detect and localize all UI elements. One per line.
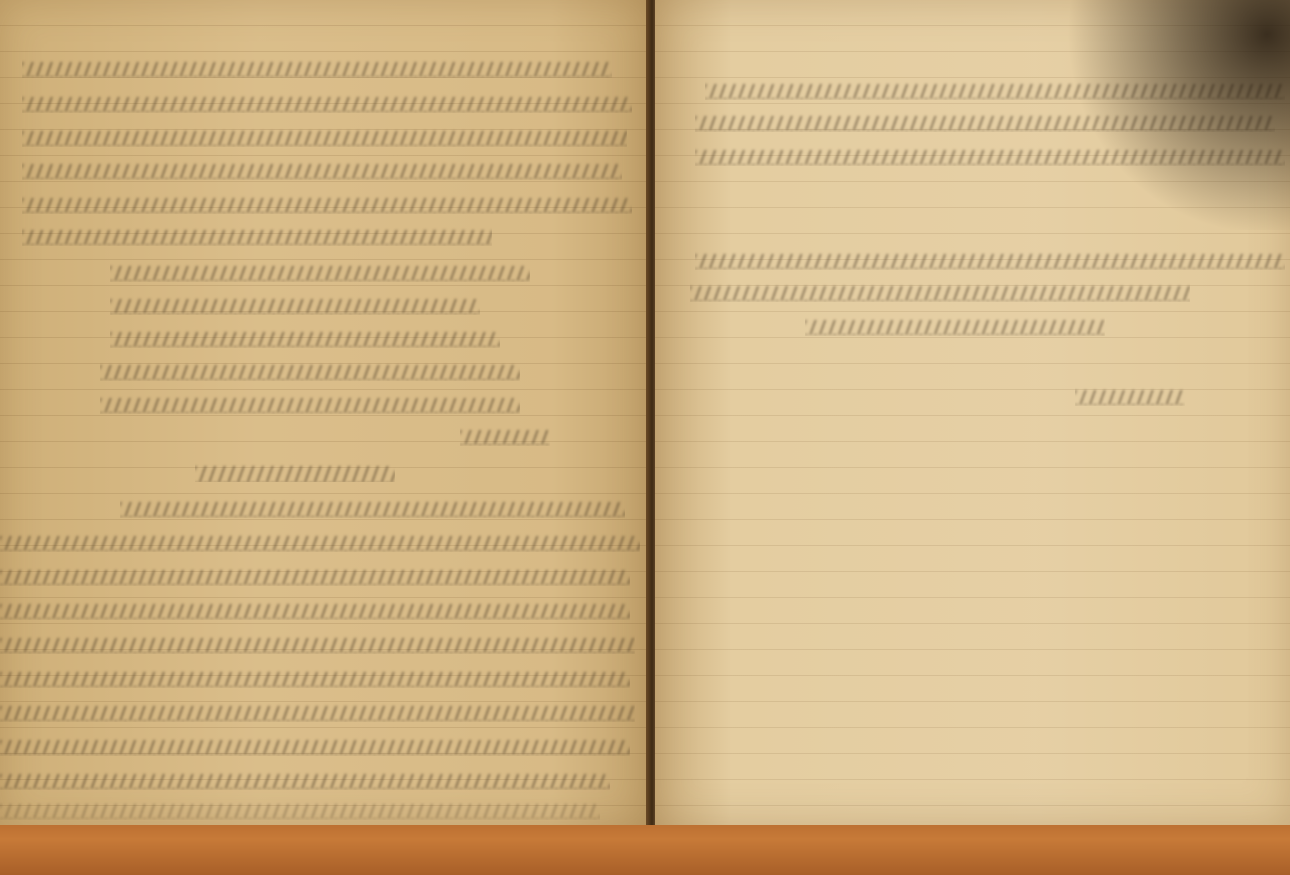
verse-line: [illegible handwriting]: [100, 394, 520, 414]
left-prose-line: [illegible handwriting]: [0, 600, 630, 620]
handwriting-stroke: [100, 398, 520, 413]
handwriting-stroke: [0, 706, 635, 721]
left-prose-line: [illegible handwriting]: [22, 226, 492, 246]
right-prose-line: [illegible handwriting]: [695, 112, 1275, 132]
handwriting-stroke: [100, 365, 520, 380]
signature: [illegible signature]: [1075, 386, 1185, 406]
left-prose-line: [illegible handwriting]: [22, 93, 632, 113]
handwriting-stroke: [0, 740, 630, 755]
handwriting-stroke: [460, 430, 550, 445]
handwriting-stroke: [110, 266, 530, 281]
handwriting-stroke: [705, 84, 1285, 99]
handwriting-stroke: [0, 536, 640, 551]
handwriting-stroke: [22, 164, 622, 179]
left-prose-line: [illegible handwriting]: [0, 668, 630, 688]
verse-line: [illegible handwriting]: [110, 262, 530, 282]
quote-line: [illegible handwriting]: [805, 316, 1105, 336]
right-prose-line: [illegible handwriting]: [690, 282, 1190, 302]
handwriting-stroke: [0, 604, 630, 619]
left-prose-line: [illegible handwriting]: [0, 634, 635, 654]
handwriting-stroke: [695, 150, 1285, 165]
left-prose-line: [illegible handwriting]: [0, 770, 610, 790]
left-prose-line: [illegible handwriting]: [120, 498, 625, 518]
left-prose-line: [illegible handwriting]: [0, 736, 630, 756]
left-prose-line: [illegible handwriting]: [22, 127, 627, 147]
entry-heading: [illegible — possibly "Monday Morning"]: [195, 462, 395, 482]
handwriting-stroke: [22, 62, 612, 77]
handwriting-stroke: [195, 466, 395, 482]
handwriting-stroke: [22, 131, 627, 146]
verse-line: [illegible handwriting]: [100, 361, 520, 381]
handwriting-stroke: [110, 332, 500, 347]
left-prose-line: [illegible handwriting]: [22, 58, 612, 78]
handwriting-stroke: [0, 638, 635, 653]
handwriting-stroke: [120, 502, 625, 517]
handwriting-stroke: [0, 570, 630, 585]
handwriting-stroke: [22, 97, 632, 112]
handwriting-stroke: [690, 286, 1190, 301]
handwriting-stroke: [695, 254, 1285, 269]
handwriting-stroke: [1075, 390, 1185, 405]
handwriting-stroke: [805, 320, 1105, 335]
left-prose-line: [illegible handwriting]: [22, 194, 632, 214]
right-prose-line: [illegible handwriting]: [695, 250, 1285, 270]
handwriting-stroke: [695, 116, 1275, 131]
right-prose-line: [illegible handwriting]: [695, 146, 1285, 166]
left-prose-line: [illegible handwriting]: [0, 702, 635, 722]
handwriting-stroke: [0, 672, 630, 687]
verse-line: [illegible handwriting]: [110, 328, 500, 348]
handwriting-stroke: [0, 804, 600, 819]
left-journal-page: [illegible handwriting] [illegible handw…: [0, 0, 648, 825]
verse-line: [illegible handwriting]: [110, 295, 480, 315]
left-prose-line: [illegible handwriting]: [0, 532, 640, 552]
right-journal-page: [illegible handwriting] [illegible handw…: [655, 0, 1290, 825]
handwriting-stroke: [110, 299, 480, 314]
right-prose-line: [illegible handwriting]: [705, 80, 1285, 100]
handwriting-stroke: [22, 198, 632, 213]
handwriting-stroke: [0, 774, 610, 789]
left-prose-line: [illegible handwriting]: [22, 160, 622, 180]
left-prose-line: [illegible handwriting]: [0, 566, 630, 586]
verse-attribution: [illegible — possibly "Lowell"]: [460, 426, 550, 446]
left-prose-line: [illegible handwriting]: [0, 800, 600, 820]
handwriting-stroke: [22, 230, 492, 245]
